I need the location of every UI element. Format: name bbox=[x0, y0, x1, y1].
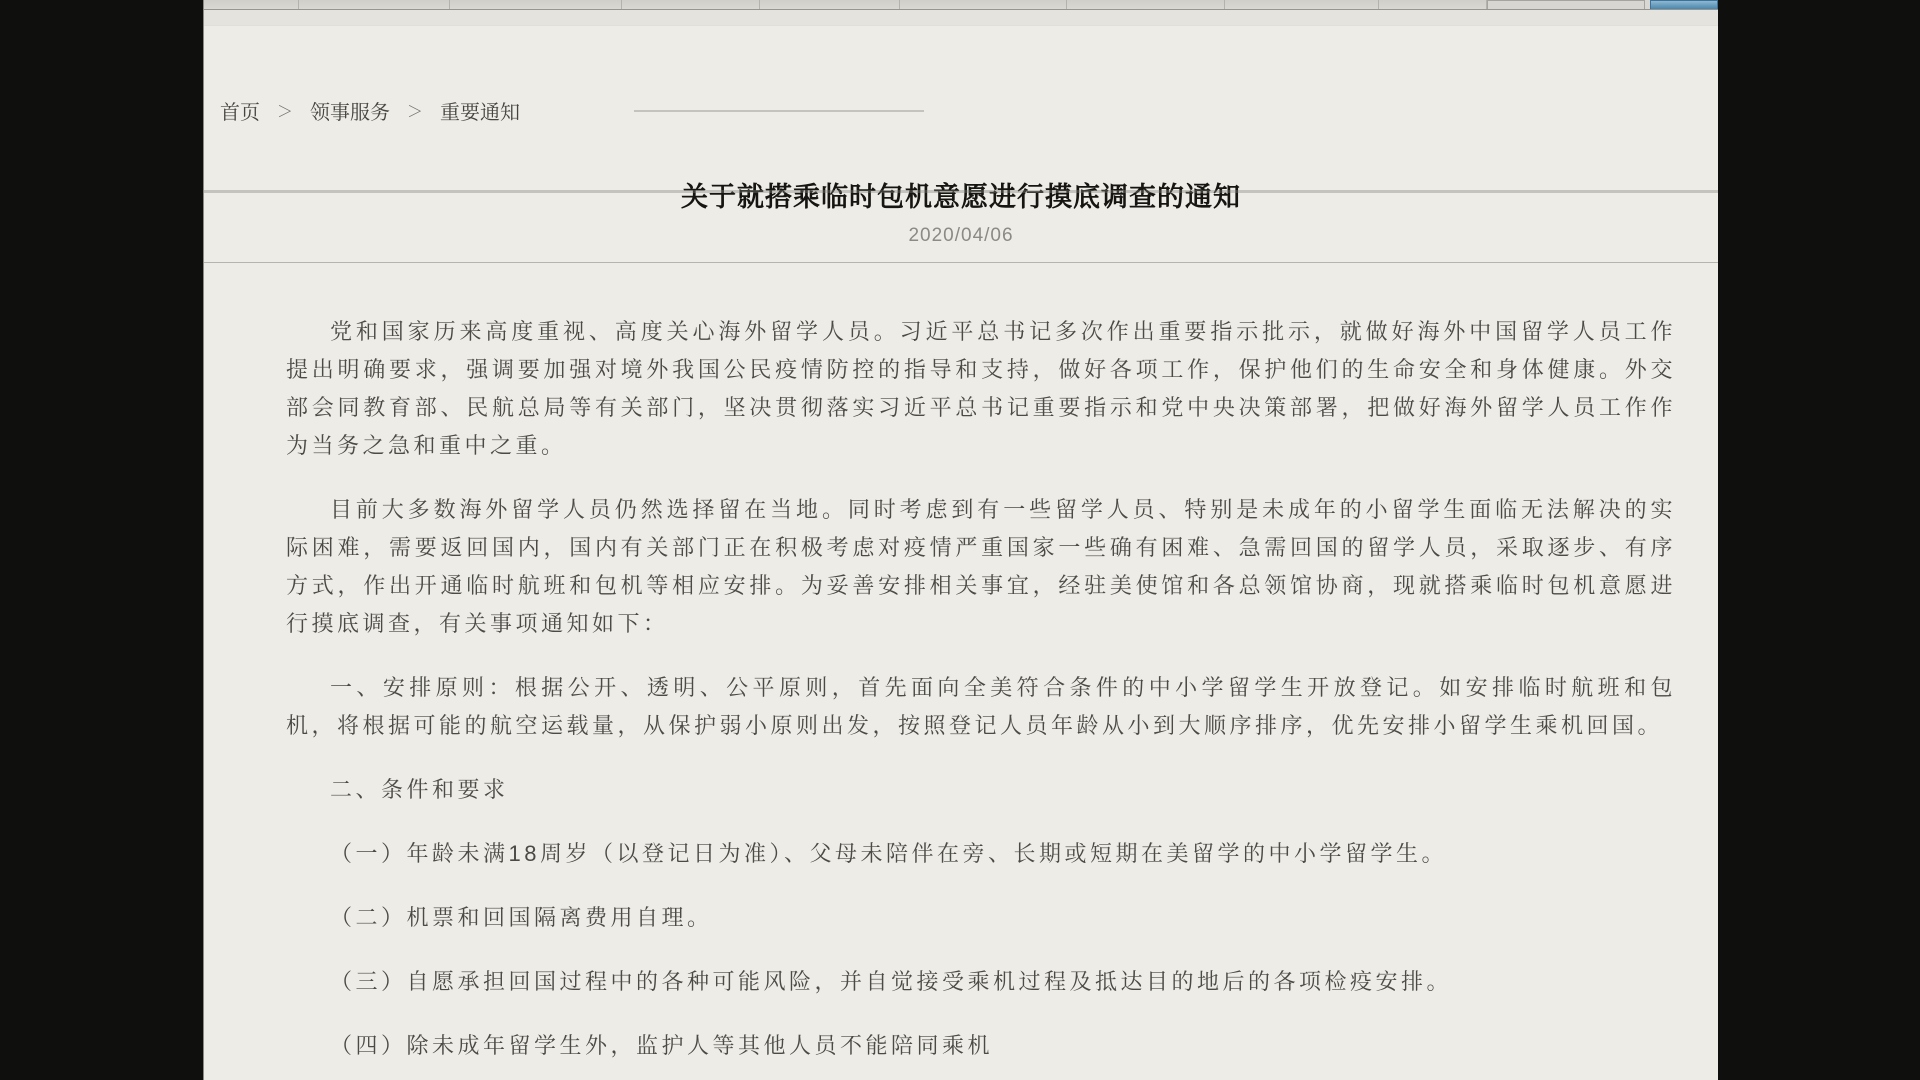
nav-tab[interactable] bbox=[450, 0, 621, 9]
article-paragraph: （三）自愿承担回国过程中的各种可能风险，并自觉接受乘机过程及抵达目的地后的各项检… bbox=[286, 963, 1676, 1001]
search-input[interactable] bbox=[1487, 0, 1645, 9]
article-paragraph: 目前大多数海外留学人员仍然选择留在当地。同时考虑到有一些留学人员、特别是未成年的… bbox=[286, 491, 1676, 643]
article-body: 党和国家历来高度重视、高度关心海外留学人员。习近平总书记多次作出重要指示批示，就… bbox=[204, 263, 1718, 1065]
breadcrumb-item[interactable]: 领事服务 bbox=[310, 96, 390, 125]
article-date: 2020/04/06 bbox=[204, 225, 1718, 247]
video-frame: 首页 ＞ 领事服务 ＞ 重要通知 关于就搭乘临时包机意愿进行摸底调查的通知 20… bbox=[0, 0, 1920, 1080]
nav-tab[interactable] bbox=[204, 0, 299, 9]
breadcrumb-item[interactable]: 重要通知 bbox=[440, 96, 520, 125]
breadcrumb: 首页 ＞ 领事服务 ＞ 重要通知 bbox=[204, 26, 1718, 125]
webpage-content: 首页 ＞ 领事服务 ＞ 重要通知 关于就搭乘临时包机意愿进行摸底调查的通知 20… bbox=[203, 0, 1718, 1080]
breadcrumb-separator: ＞ bbox=[277, 99, 293, 122]
article-paragraph: 一、安排原则：根据公开、透明、公平原则，首先面向全美符合条件的中小学留学生开放登… bbox=[286, 669, 1676, 745]
article-paragraph: 二、条件和要求 bbox=[286, 771, 1676, 809]
nav-tab[interactable] bbox=[299, 0, 451, 9]
top-navigation-bar bbox=[204, 0, 1718, 10]
article-paragraph: 党和国家历来高度重视、高度关心海外留学人员。习近平总书记多次作出重要指示批示，就… bbox=[286, 313, 1676, 465]
article-paragraph: （四）除未成年留学生外，监护人等其他人员不能陪同乘机 bbox=[286, 1027, 1676, 1065]
breadcrumb-separator: ＞ bbox=[407, 99, 423, 122]
page-title: 关于就搭乘临时包机意愿进行摸底调查的通知 bbox=[264, 175, 1658, 214]
nav-tab[interactable] bbox=[760, 0, 900, 9]
search-button[interactable] bbox=[1650, 0, 1718, 9]
article-paragraph: （一）年龄未满18周岁（以登记日为准）、父母未陪伴在旁、长期或短期在美留学的中小… bbox=[286, 835, 1676, 873]
nav-tab[interactable] bbox=[1379, 0, 1487, 9]
nav-tab[interactable] bbox=[622, 0, 761, 9]
nav-tab[interactable] bbox=[1225, 0, 1380, 9]
topbar-search-area bbox=[1487, 0, 1718, 9]
nav-tab[interactable] bbox=[1067, 0, 1225, 9]
article-paragraph: （二）机票和回国隔离费用自理。 bbox=[286, 899, 1676, 937]
header-strip bbox=[204, 10, 1718, 26]
breadcrumb-item[interactable]: 首页 bbox=[220, 96, 260, 125]
nav-tab[interactable] bbox=[900, 0, 1066, 9]
